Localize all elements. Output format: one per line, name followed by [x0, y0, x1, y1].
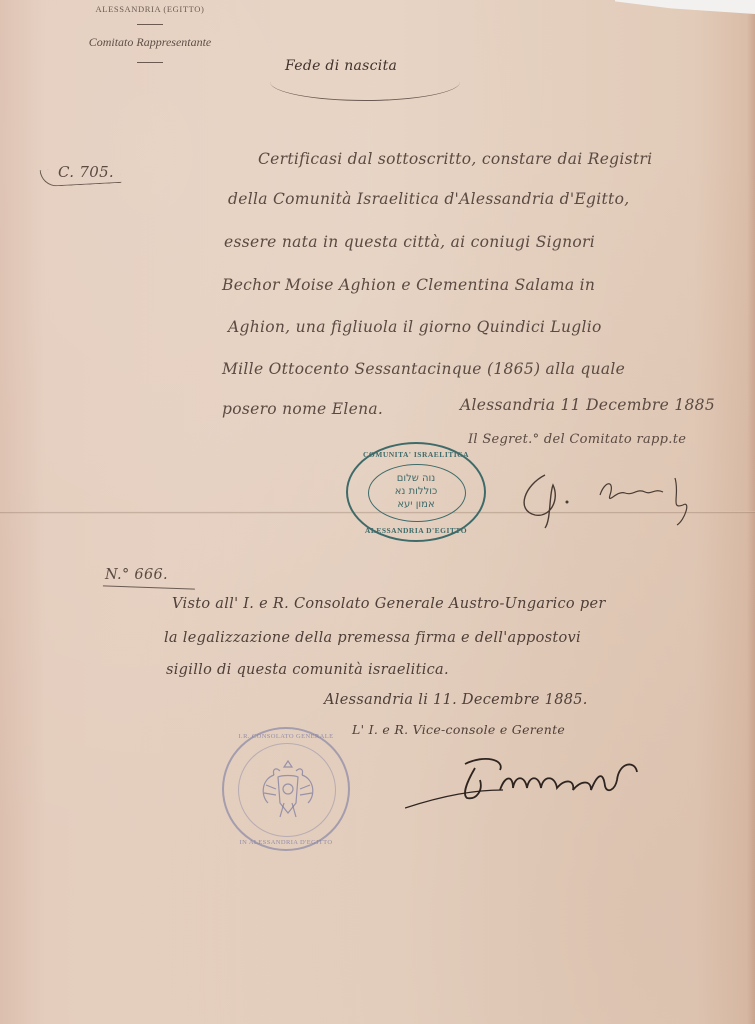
- letterhead: ALESSANDRIA (EGITTO) Comitato Rappresent…: [50, 0, 250, 63]
- certificate-line: Aghion, una figliuola il giorno Quindici…: [228, 318, 602, 336]
- hebrew-line: נוה שלום: [348, 472, 484, 485]
- consulate-stamp: I.R. CONSOLATO GENERALE IN ALESSANDRIA D…: [222, 727, 350, 851]
- community-stamp-bottom-text: ALESSANDRIA D'EGITTO: [348, 526, 484, 535]
- document-page: ALESSANDRIA (EGITTO) Comitato Rappresent…: [0, 0, 755, 1024]
- document-title: Fede di nascita: [285, 58, 397, 74]
- consul-signature: [405, 750, 655, 810]
- hebrew-line: כוללות נא: [348, 485, 484, 498]
- legalization-signatory-title: L' I. e R. Vice-console e Gerente: [352, 722, 565, 737]
- certificate-line: posero nome Elena.: [222, 400, 383, 418]
- pereyra-signature: [505, 460, 715, 530]
- legalization-line: Visto all' I. e R. Consolato Generale Au…: [172, 596, 606, 612]
- title-underline-flourish: [270, 78, 460, 101]
- legalization-line: la legalizzazione della premessa firma e…: [164, 630, 581, 646]
- community-stamp-hebrew: נוה שלום כוללות נא אמון יעא: [348, 472, 484, 511]
- legalization-line: sigillo di questa comunità israelitica.: [166, 662, 449, 678]
- certificate-line: Bechor Moise Aghion e Clementina Salama …: [222, 276, 595, 294]
- certificate-line: della Comunità Israelitica d'Alessandria…: [228, 190, 629, 208]
- certificate-signatory-title: Il Segret.° del Comitato rapp.te: [468, 432, 686, 447]
- hebrew-line: אמון יעא: [348, 498, 484, 511]
- torn-corner: [615, 0, 755, 14]
- double-headed-eagle-icon: [258, 755, 318, 825]
- community-stamp: COMUNITA' ISRAELITICA נוה שלום כוללות נא…: [346, 442, 486, 542]
- certificate-line: Certificasi dal sottoscritto, constare d…: [258, 150, 652, 168]
- letterhead-city: ALESSANDRIA (EGITTO): [50, 4, 250, 14]
- legalization-place-date: Alessandria li 11. Decembre 1885.: [324, 692, 588, 708]
- letterhead-rule: [137, 62, 163, 63]
- reference-underline-flourish: [40, 166, 122, 187]
- consulate-stamp-bottom-text: IN ALESSANDRIA D'EGITTO: [224, 839, 348, 846]
- certificate-place-date: Alessandria 11 Decembre 1885: [460, 396, 715, 414]
- certificate-line: Mille Ottocento Sessantacinque (1865) al…: [222, 360, 625, 378]
- legalization-number-underline: [103, 579, 195, 589]
- letterhead-rule: [137, 24, 163, 25]
- community-stamp-top-text: COMUNITA' ISRAELITICA: [348, 450, 484, 459]
- certificate-line: essere nata in questa città, ai coniugi …: [224, 233, 595, 251]
- consulate-stamp-top-text: I.R. CONSOLATO GENERALE: [224, 733, 348, 740]
- letterhead-committee: Comitato Rappresentante: [50, 35, 250, 50]
